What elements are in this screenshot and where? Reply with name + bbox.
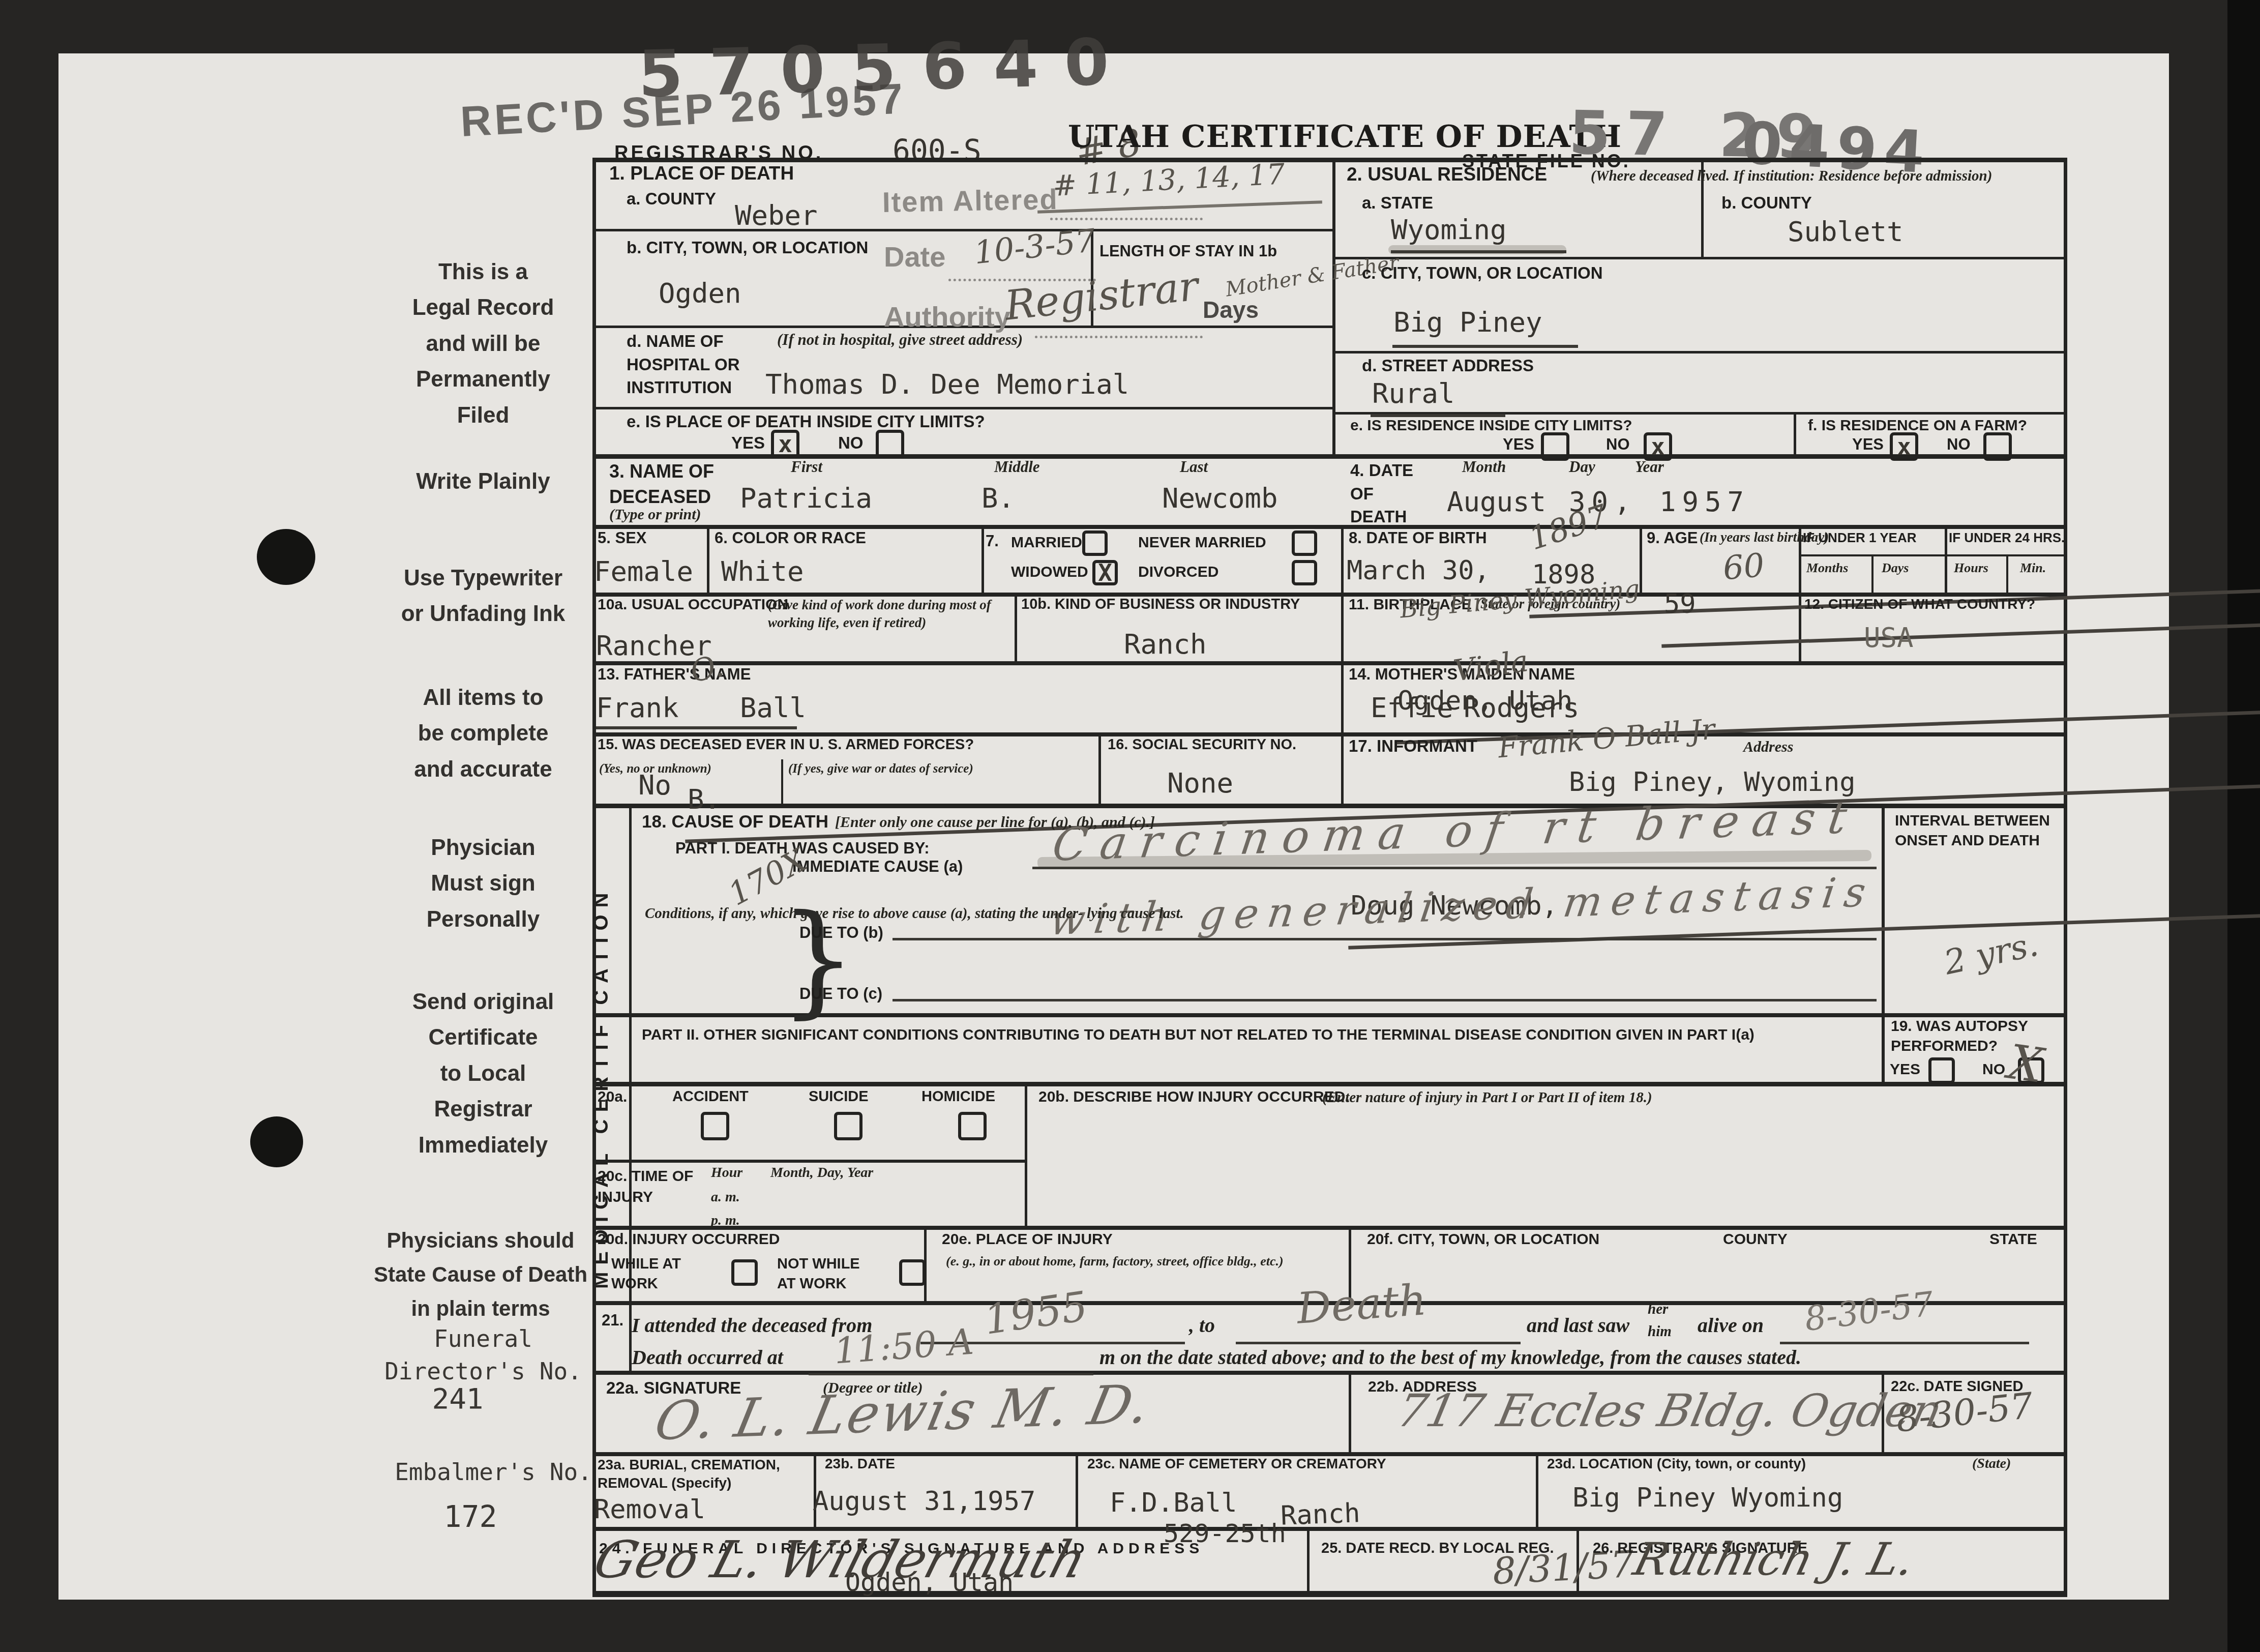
funeral-director-no-label: Funeral Director's No. [351,1322,615,1388]
s2-city-label: c. CITY, TOWN, OR LOCATION [1362,263,1603,283]
embalmer-no-value: 172 [351,1496,590,1538]
s2-e-no-label: NO [1606,435,1630,454]
s3-middle-value: B. [982,482,1015,514]
s2-street-label: d. STREET ADDRESS [1362,356,1534,375]
s16-value: None [1167,767,1233,799]
item-altered-stamp: Item Altered [882,183,1058,219]
s1-yes-mark: x [778,432,792,456]
s9-days-label: Days [1882,560,1909,576]
s22b-address-hand: 717 Eccles Bldg. Ogden [1393,1384,1947,1437]
s1-county-value: Weber [735,199,818,231]
margin-write-plainly: Write Plainly [351,464,615,499]
punch-hole-bottom [250,1116,303,1167]
date-stamp: Date [884,240,945,273]
s8-label: 8. DATE OF BIRTH [1349,529,1487,547]
s18-due-c-label: DUE TO (c) [799,985,882,1003]
s19-no-label: NO [1982,1061,2005,1078]
s21-hand-to: Death [1295,1275,1428,1334]
s4-month-value: August [1447,486,1546,518]
s7-married-label: MARRIED [1011,534,1082,551]
s20c-am-label: a. m. [711,1189,740,1205]
s3-col-middle: Middle [994,458,1040,476]
s7-widowed-label: WIDOWED [1011,564,1088,581]
s23d-state-label: (State) [1972,1456,2011,1472]
s20f-county-label: COUNTY [1723,1231,1788,1248]
s2-f-no-label: NO [1947,435,1971,454]
s20d-label: 20d. INJURY OCCURRED [598,1231,780,1248]
s4-title: 4. DATE OF DEATH [1350,459,1413,528]
s21-her-label: her [1648,1301,1668,1318]
scan-edge-right [2227,0,2260,1652]
s6-value: White [721,555,804,587]
margin-physician-sign: Physician Must sign Personally [351,830,615,937]
s23c-value-2: Ranch [1280,1498,1361,1531]
s1-yes-checkbox: x [771,430,799,458]
s9-under1yr-label: IF UNDER 1 YEAR [1803,530,1916,546]
s7-never-married-checkbox [1292,530,1317,556]
punch-hole-top [257,529,315,585]
margin-send-original: Send original Certificate to Local Regis… [351,984,615,1163]
s18-interval-label: INTERVAL BETWEEN ONSET AND DEATH [1895,811,2050,850]
s20a-homicide-checkbox [958,1112,987,1140]
s7-widowed-checkbox: X [1092,560,1118,585]
s19-yes-checkbox [1928,1057,1955,1084]
s20f-state-label: STATE [1989,1231,2037,1248]
s12-label: 12. CITIZEN OF WHAT COUNTRY? [1804,596,2035,612]
s9-under24-label: IF UNDER 24 HRS. [1949,530,2065,546]
s16-label: 16. SOCIAL SECURITY NO. [1108,736,1296,753]
s21-text4: alive on [1698,1313,1764,1337]
margin-complete: All items to be complete and accurate [351,680,615,787]
s1-hospital-paren: (If not in hospital, give street address… [777,331,1023,349]
s7-married-checkbox [1082,530,1108,556]
s9-months-label: Months [1806,560,1848,576]
s20e-paren: (e. g., in or about home, farm, factory,… [946,1252,1284,1270]
s20a-suicide-label: SUICIDE [809,1088,869,1105]
margin-plain-terms: Physicians should State Cause of Death i… [336,1223,626,1326]
s1-city-value: Ogden [659,277,741,309]
s3-col-last: Last [1180,458,1208,476]
s1-yes-label: YES [731,433,765,453]
s3-paren: (Type or print) [609,506,701,523]
s20c-label: 20c. TIME OF INJURY [598,1166,693,1208]
death-certificate-scan: REC'D SEP 26 1957 5705640 REGISTRAR'S NO… [0,0,2260,1652]
s6-label: 6. COLOR OR RACE [715,529,866,547]
s3-first-value: Patricia [740,482,872,514]
s15-value: No [638,769,671,801]
certificate-title: UTAH CERTIFICATE OF DEATH [1068,119,1622,155]
s1-hospital-value: Thomas D. Dee Memorial [765,368,1129,400]
margin-typewriter: Use Typewriter or Unfading Ink [351,560,615,632]
s2-e-yes-label: YES [1503,435,1534,454]
funeral-director-no-value: 241 [351,1379,564,1419]
s18-conditions-note: Conditions, if any, which gave rise to a… [645,903,1184,925]
s9-label: 9. AGE [1647,529,1698,547]
s18-label: 18. CAUSE OF DEATH [642,812,828,832]
s20e-label: 20e. PLACE OF INJURY [942,1231,1113,1248]
s20b-paren: (Enter nature of injury in Part I or Par… [1322,1089,1652,1106]
s3-col-first: First [791,458,822,476]
s2-title: 2. USUAL RESIDENCE [1347,164,1547,185]
s10a-paren: (Give kind of work done during most of w… [768,596,1007,632]
s2-state-label: a. STATE [1362,193,1433,213]
authority-stamp: Authority [884,300,1010,333]
s4-col-day: Day [1569,458,1595,476]
s2-farm-label: f. IS RESIDENCE ON A FARM? [1808,417,2027,434]
s21-text5: Death occurred at [632,1345,783,1369]
s7-divorced-checkbox [1292,560,1317,585]
s1-no-checkbox [876,430,904,458]
s1-city-label: b. CITY, TOWN, OR LOCATION [627,238,868,257]
s2-city-limits-label: e. IS RESIDENCE INSIDE CITY LIMITS? [1350,417,1632,434]
s9-hours-label: Hours [1954,560,1988,576]
s3-last-value: Newcomb [1162,482,1278,514]
s3-title: 3. NAME OF DECEASED [609,459,714,509]
s7-widowed-mark: X [1098,561,1112,584]
s20c-pm-label: p. m. [711,1213,740,1229]
s19-yes-label: YES [1890,1061,1920,1078]
s1-county-label: a. COUNTY [627,189,716,209]
s21-text3: and last saw [1527,1313,1629,1337]
s10a-label: 10a. USUAL OCCUPATION [598,596,788,613]
s23d-value: Big Piney Wyoming [1572,1483,1843,1513]
s20d-while-label: WHILE AT WORK [611,1254,681,1294]
s18-due-b-label: DUE TO (b) [799,924,883,942]
s18-part2-label: PART II. OTHER SIGNIFICANT CONDITIONS CO… [642,1026,1755,1044]
s1-city-limits-label: e. IS PLACE OF DEATH INSIDE CITY LIMITS? [627,412,985,431]
s10b-label: 10b. KIND OF BUSINESS OR INDUSTRY [1021,596,1300,613]
s5-value: Female [594,555,693,587]
s17-address-label: Address [1743,739,1793,756]
s23b-value: August 31,1957 [813,1486,1035,1517]
s20a-num: 20a. [598,1088,627,1106]
serial-number-stamp: 5705640 [637,24,1136,112]
s2-f-yes-mark: x [1897,435,1911,458]
s2-f-yes-label: YES [1852,435,1884,454]
s9-min-label: Min. [2020,560,2046,576]
s21-text2: , to [1189,1313,1215,1337]
s1-hospital-label: d. NAME OF HOSPITAL OR INSTITUTION [627,330,739,399]
s1-title: 1. PLACE OF DEATH [609,163,794,184]
s20d-notwhile-label: NOT WHILE AT WORK [777,1254,860,1294]
s2-e-yes-checkbox [1541,432,1569,461]
s13-label: 13. FATHER'S NAME [598,665,751,684]
s18-immediate-cause-label: IMMEDIATE CAUSE (a) [792,858,963,876]
s19-label: 19. WAS AUTOPSY PERFORMED? [1891,1016,2028,1056]
s2-county-value: Sublett [1788,216,1904,248]
s21-num: 21. [602,1311,623,1330]
s24-funeral-director-signature: Geo L. Wildermuth [587,1530,1093,1589]
s20c-hour-label: Hour [711,1165,742,1181]
s24-address-typed-1: 529-25th [1164,1519,1286,1548]
s2-county-label: b. COUNTY [1721,193,1812,213]
s8-value: March 30, [1347,555,1490,586]
s10b-value: Ranch [1124,628,1207,660]
s20a-homicide-label: HOMICIDE [921,1088,995,1105]
margin-legal-record: This is a Legal Record and will be Perma… [351,254,615,433]
s23c-label: 23c. NAME OF CEMETERY OR CREMATORY [1087,1456,1386,1472]
s21-text6: m on the date stated above; and to the b… [1099,1345,1801,1369]
s2-e-no-checkbox: x [1644,432,1672,461]
s23b-label: 23b. DATE [825,1456,895,1472]
s20c-mdy-label: Month, Day, Year [770,1165,873,1181]
s2-city-value: Big Piney [1393,306,1542,338]
s14-last: Rodgers [1464,692,1580,724]
s4-col-month: Month [1462,458,1506,476]
s2-paren: (Where deceased lived. If institution: R… [1591,168,1992,185]
s4-col-year: Year [1635,458,1664,476]
s2-f-yes-checkbox: x [1890,432,1918,461]
s20a-accident-checkbox [701,1112,729,1140]
s14-first: Effie [1371,692,1453,724]
s1-no-label: NO [838,433,864,453]
s20a-suicide-checkbox [834,1112,863,1140]
s7-never-married-label: NEVER MARRIED [1138,534,1266,551]
s7-num: 7. [986,532,999,550]
s23d-label: 23d. LOCATION (City, town, or county) [1547,1456,1806,1472]
s23a-value: Removal [594,1494,705,1525]
s2-f-no-checkbox [1983,432,2012,461]
s20d-notwhile-checkbox [899,1259,926,1286]
s20d-while-checkbox [731,1259,758,1286]
s15-label: 15. WAS DECEASED EVER IN U. S. ARMED FOR… [598,736,974,753]
s1-stay-label: LENGTH OF STAY IN 1b [1099,242,1277,260]
s13-first: Frank [596,692,679,724]
s23c-value-1: F.D.Ball [1110,1488,1237,1518]
s20b-label: 20b. DESCRIBE HOW INJURY OCCURRED. [1038,1088,1350,1106]
s13-last: Ball [740,692,806,724]
s20a-accident-label: ACCIDENT [672,1088,749,1105]
s2-street-value: Rural [1372,377,1455,409]
s21-him-label: him [1648,1323,1672,1340]
s2-state-value: Wyoming [1391,214,1507,246]
s7-divorced-label: DIVORCED [1138,564,1218,581]
s15-paren2: (If yes, give war or dates of service) [788,762,973,776]
s5-label: 5. SEX [598,529,647,547]
s20f-label: 20f. CITY, TOWN, OR LOCATION [1367,1231,1599,1248]
registrar-no-value: 600-S [893,133,982,168]
s9-hand-age: 60 [1721,547,1766,588]
s12-value: USA [1864,622,1914,654]
s26-registrar-signature: Ruthich J. L. [1628,1533,1920,1585]
s17-label: 17. INFORMANT [1349,736,1477,756]
s23a-label: 23a. BURIAL, CREMATION, REMOVAL (Specify… [598,1456,780,1493]
s2-e-no-mark: x [1651,435,1665,458]
